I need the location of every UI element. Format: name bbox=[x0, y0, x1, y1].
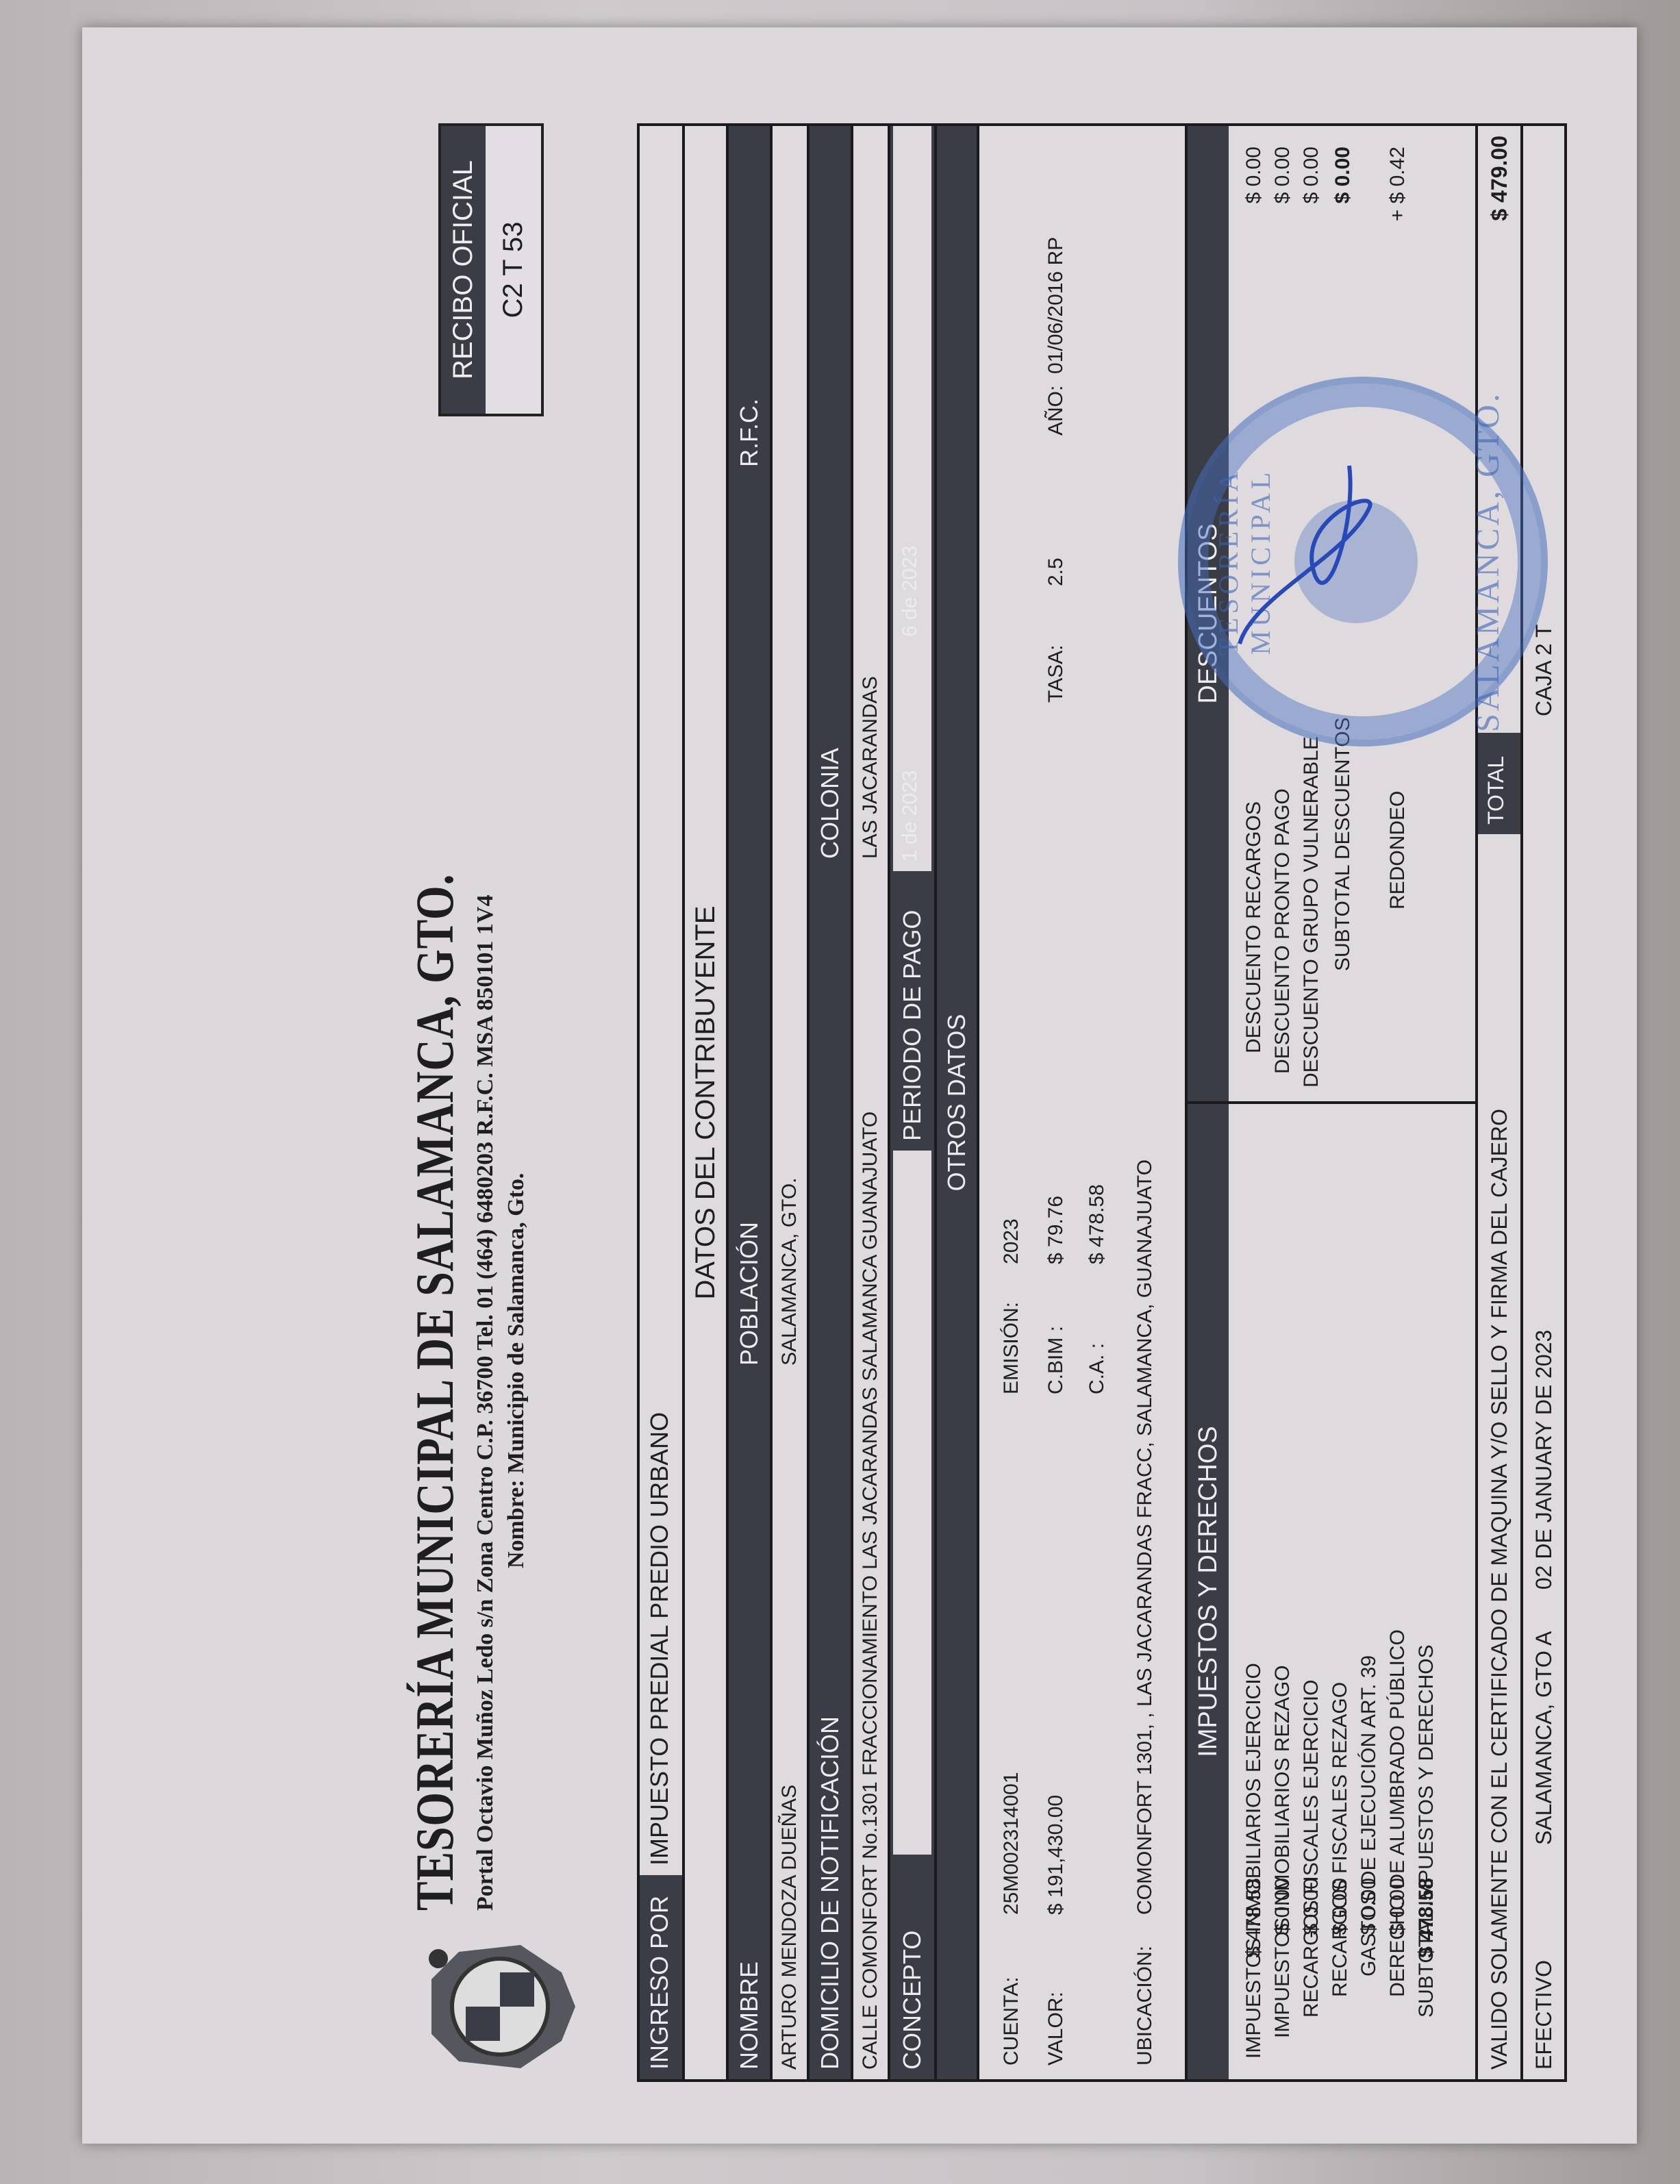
impuestos-list: IMPUESTOS INMOBILIARIOS EJERCICIO$ 478.5… bbox=[1229, 1104, 1475, 2079]
ingreso-label: INGRESO POR bbox=[640, 1875, 682, 2079]
descuento-item-label: DESCUENTO PRONTO PAGO bbox=[1271, 788, 1294, 1074]
impuestos-title: IMPUESTOS Y DERECHOS bbox=[1188, 1104, 1229, 2079]
impuesto-item-amount: $ 0.00 bbox=[1386, 1878, 1409, 1935]
contribuyente-values-row: ARTURO MENDOZA DUEÑAS SALAMANCA, GTO. bbox=[773, 126, 810, 2079]
periodo-end: 6 de 2023 bbox=[893, 126, 931, 647]
impuestos-subtotal-amount: $ 478.58 bbox=[1415, 1878, 1438, 1958]
municipal-coat-of-arms-icon bbox=[418, 1931, 582, 2082]
impuesto-item-label: RECARGOS FISCALES REZAGO bbox=[1329, 1682, 1352, 1997]
periodo-label: PERIODO DE PAGO bbox=[892, 871, 932, 1151]
total-label: TOTAL bbox=[1478, 733, 1520, 834]
concepto-label: CONCEPTO bbox=[892, 1855, 932, 2079]
impuesto-item-amount: $ 0.00 bbox=[1329, 1878, 1352, 1935]
domicilio-value: CALLE COMONFORT No.1301 FRACCIONAMIENTO … bbox=[853, 868, 888, 2079]
ingreso-row: INGRESO POR IMPUESTO PREDIAL PREDIO URBA… bbox=[640, 126, 685, 2079]
concepto-row: CONCEPTO PERIODO DE PAGO 1 de 2023 6 de … bbox=[890, 126, 937, 2079]
emision-value: 2023 bbox=[1000, 1218, 1023, 1264]
payment-row: EFECTIVO SALAMANCA, GTO A 02 DE JANUARY … bbox=[1523, 126, 1564, 2079]
redondeo-amount: + $ 0.42 bbox=[1386, 147, 1409, 221]
impuesto-item-label: RECARGOS FISCALES EJERCICIO bbox=[1300, 1680, 1323, 2018]
domicilio-values-row: CALLE COMONFORT No.1301 FRACCIONAMIENTO … bbox=[853, 126, 890, 2079]
emision-label: EMISIÓN: bbox=[1000, 1302, 1023, 1394]
periodo-start: 1 de 2023 bbox=[893, 647, 931, 871]
colonia-label: COLONIA bbox=[810, 126, 850, 868]
ubicacion-value: COMONFORT 1301, , LAS JACARANDAS FRACC, … bbox=[1133, 1159, 1157, 1915]
impuesto-item-label: IMPUESTOS INMOBILIARIOS EJERCICIO bbox=[1242, 1663, 1266, 2059]
rfc-value bbox=[784, 126, 795, 740]
lugar-fecha: SALAMANCA, GTO A 02 DE JANUARY DE 2023 bbox=[1526, 726, 1562, 1855]
ingreso-value: IMPUESTO PREDIAL PREDIO URBANO bbox=[640, 126, 682, 1875]
colonia-value: LAS JACARANDAS bbox=[853, 126, 888, 868]
contribuyente-title-row: DATOS DEL CONTRIBUYENTE bbox=[685, 126, 729, 2079]
descuento-item-amount: $ 0.00 bbox=[1242, 147, 1266, 203]
treasury-title: TESORERÍA MUNICIPAL DE SALAMANCA, GTO. bbox=[404, 874, 466, 1911]
contribuyente-labels-row: NOMBRE POBLACIÓN R.F.C. bbox=[729, 126, 773, 2079]
ubicacion-label: UBICACIÓN: bbox=[1133, 1946, 1157, 2066]
stamp-bottom-text: SALAMANCA, GTO. bbox=[1469, 384, 1507, 740]
tax-receipt: TESORERÍA MUNICIPAL DE SALAMANCA, GTO. P… bbox=[390, 123, 1568, 2082]
impuesto-item-label: DERECHO DE ALUMBRADO PÚBLICO bbox=[1386, 1629, 1409, 1997]
official-receipt-label: RECIBO OFICIAL bbox=[441, 126, 486, 414]
impuestos-subtotal-label: SUBTOTAL IMPUESTOS Y DERECHOS bbox=[1415, 1644, 1438, 2018]
official-receipt-number: C2 T 53 bbox=[486, 126, 541, 414]
poblacion-value: SALAMANCA, GTO. bbox=[773, 740, 807, 1375]
otros-datos-section: CUENTA: 25M002314001 EMISIÓN: 2023 VALOR… bbox=[979, 126, 1188, 2079]
ca-value: $ 478.58 bbox=[1086, 1184, 1109, 1264]
cuenta-value: 25M002314001 bbox=[1000, 1772, 1023, 1915]
descuento-item-label: DESCUENTO GRUPO VULNERABLE bbox=[1300, 736, 1323, 1088]
descuento-item-amount: $ 0.00 bbox=[1271, 147, 1294, 203]
validez-text: VALIDO SOLAMENTE CON EL CERTIFICADO DE M… bbox=[1481, 834, 1518, 2079]
anio-label: AÑO: bbox=[1044, 386, 1068, 436]
contribuyente-section-title: DATOS DEL CONTRIBUYENTE bbox=[685, 126, 727, 2079]
tasa-label: TASA: bbox=[1044, 645, 1068, 703]
anio-value: 01/06/2016 RP bbox=[1044, 237, 1068, 374]
concepto-value bbox=[893, 1151, 931, 1855]
descuento-item-amount: $ 0.00 bbox=[1300, 147, 1323, 203]
rfc-label: R.F.C. bbox=[729, 126, 769, 740]
receipt-header: TESORERÍA MUNICIPAL DE SALAMANCA, GTO. P… bbox=[390, 123, 637, 2082]
official-receipt-box: RECIBO OFICIAL C2 T 53 bbox=[438, 123, 544, 416]
impuesto-item-amount: $ 0.00 bbox=[1271, 1878, 1294, 1935]
otros-datos-title-row: OTROS DATOS bbox=[937, 126, 979, 2079]
cashier-signature bbox=[1212, 452, 1390, 657]
nombre-label: NOMBRE bbox=[729, 1375, 769, 2079]
poblacion-label: POBLACIÓN bbox=[729, 740, 769, 1375]
forma-pago: EFECTIVO bbox=[1526, 1855, 1562, 2079]
impuesto-item-amount: $ 478.58 bbox=[1242, 1878, 1266, 1958]
valor-value: $ 191,430.00 bbox=[1044, 1795, 1068, 1915]
descuentos-subtotal-amount: $ 0.00 bbox=[1331, 147, 1355, 203]
domicilio-labels-row: DOMICILIO DE NOTIFICACIÓN COLONIA bbox=[810, 126, 853, 2079]
impuestos-column: IMPUESTOS Y DERECHOS IMPUESTOS INMOBILIA… bbox=[1188, 1101, 1475, 2079]
descuento-item-label: DESCUENTO RECARGOS bbox=[1242, 801, 1266, 1053]
valor-label: VALOR: bbox=[1044, 1992, 1068, 2066]
cbim-value: $ 79.76 bbox=[1044, 1196, 1068, 1264]
nombre-value: ARTURO MENDOZA DUEÑAS bbox=[773, 1375, 807, 2079]
ca-label: C.A. : bbox=[1086, 1343, 1109, 1394]
redondeo-label: REDONDEO bbox=[1386, 791, 1409, 909]
treasury-name-line: Nombre: Municipio de Salamanca, Gto. bbox=[503, 1173, 529, 1568]
domicilio-label: DOMICILIO DE NOTIFICACIÓN bbox=[810, 868, 850, 2079]
impuesto-item-amount: $ 0.00 bbox=[1357, 1878, 1381, 1935]
tasa-value: 2.5 bbox=[1044, 557, 1068, 586]
otros-datos-title: OTROS DATOS bbox=[937, 126, 977, 2079]
cbim-label: C.BIM : bbox=[1044, 1326, 1068, 1394]
descuentos-subtotal-label: SUBTOTAL DESCUENTOS bbox=[1331, 717, 1355, 971]
impuesto-item-amount: $ 0.00 bbox=[1300, 1878, 1323, 1935]
impuesto-item-label: IMPUESTOS INMOBILIARIOS REZAGO bbox=[1271, 1665, 1294, 2038]
cuenta-label: CUENTA: bbox=[1000, 1977, 1023, 2066]
treasury-address: Portal Octavio Muñoz Ledo s/n Zona Centr… bbox=[473, 895, 499, 1911]
